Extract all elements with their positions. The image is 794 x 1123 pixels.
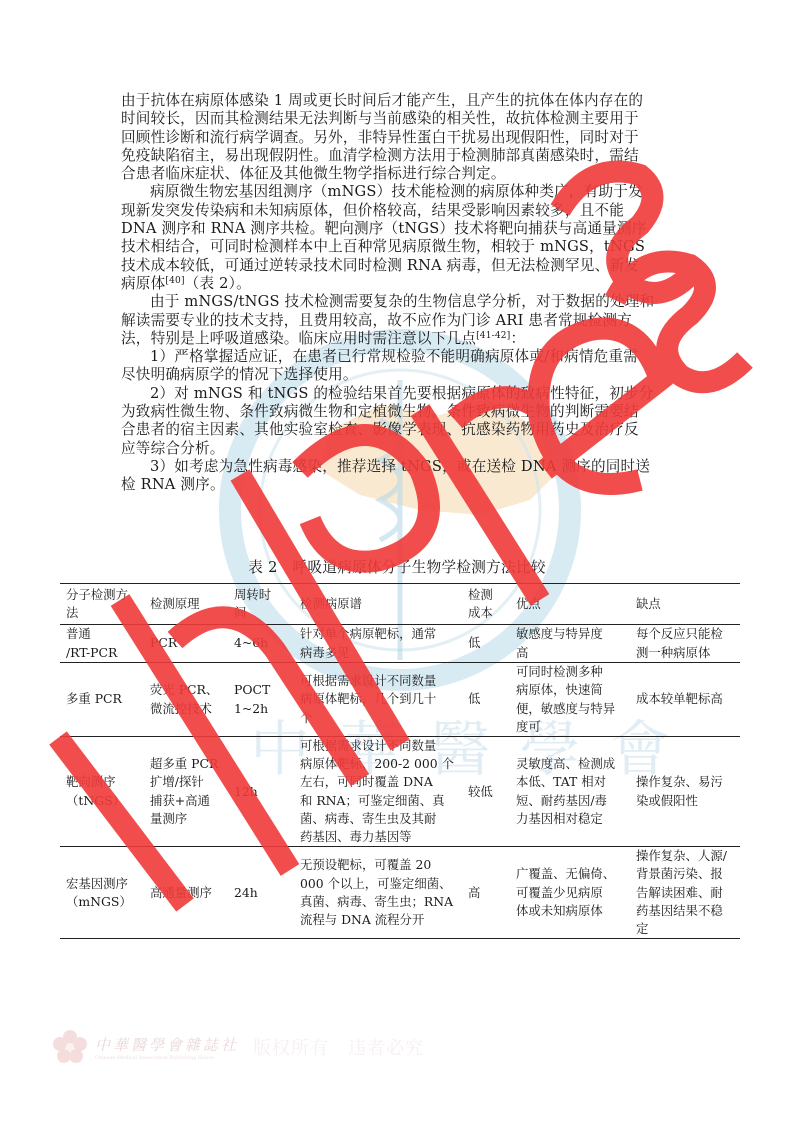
flower-logo-icon (53, 1030, 87, 1064)
header-disadvantages: 缺点 (630, 584, 740, 625)
table-row: 普通/RT-PCR PCR 4~6h 针对单个病原靶标，通常病毒多见 低 敏感度… (60, 625, 740, 663)
copyright-notice: 版权所有 违者必究 (253, 1034, 424, 1060)
table-row: 宏基因测序（mNGS） 高通量测序 24h 无预设靶标，可覆盖 20000 个以… (60, 847, 740, 939)
paragraph-point-3: 3）如考虑为急性病毒感染，推荐选择 tNGS，或在送检 DNA 测序的同时送 检… (121, 458, 675, 495)
publisher-name-en: Chinese Medical Association Publishing H… (95, 1055, 239, 1061)
header-turnaround: 周转时间 (228, 584, 294, 625)
table-row: 靶向测序（tNGS） 超多重 PCR扩增/探针捕获+高通量测序 12h 可根据需… (60, 737, 740, 847)
citation-ref[interactable]: [41-42] (476, 331, 510, 341)
table-header-row: 分子检测方法 检测原理 周转时间 检测病原谱 检测成本 优点 缺点 (60, 584, 740, 625)
publisher-name: 中華醫學會雜誌社 (95, 1036, 239, 1054)
table-row: 多重 PCR 荧光 PCR、微流控技术 POCT1~2h 可根据需求设计不同数量… (60, 663, 740, 737)
paragraph-point-2: 2）对 mNGS 和 tNGS 的检验结果首先要根据病原体的致病性特征，初步分 … (121, 385, 675, 458)
body-text: 由于抗体在病原体感染 1 周或更长时间后才能产生，且产生的抗体在体内存在的 时间… (121, 92, 675, 495)
citation-ref[interactable]: [40] (165, 276, 184, 286)
header-spectrum: 检测病原谱 (294, 584, 462, 625)
header-cost: 检测成本 (462, 584, 510, 625)
header-method: 分子检测方法 (60, 584, 144, 625)
publisher-footer: 中華醫學會雜誌社 Chinese Medical Association Pub… (53, 1030, 424, 1064)
paragraph-point-1: 1）严格掌握适应证，在患者已行常规检验不能明确病原体或/和病情危重需 尽快明确病… (121, 348, 675, 385)
paragraph-bioinformatics: 由于 mNGS/tNGS 技术检测需要复杂的生物信息学分析，对于数据的处理和 解… (121, 293, 675, 348)
paragraph-mngs: 病原微生物宏基因组测序（mNGS）技术能检测的病原体种类广，有助于发 现新发突发… (121, 183, 675, 293)
header-principle: 检测原理 (144, 584, 228, 625)
header-advantages: 优点 (510, 584, 630, 625)
table-caption: 表 2 呼吸道病原体分子生物学检测方法比较 (0, 556, 794, 577)
comparison-table: 分子检测方法 检测原理 周转时间 检测病原谱 检测成本 优点 缺点 普通/RT-… (60, 583, 740, 939)
paragraph-antibody: 由于抗体在病原体感染 1 周或更长时间后才能产生，且产生的抗体在体内存在的 时间… (121, 92, 675, 183)
